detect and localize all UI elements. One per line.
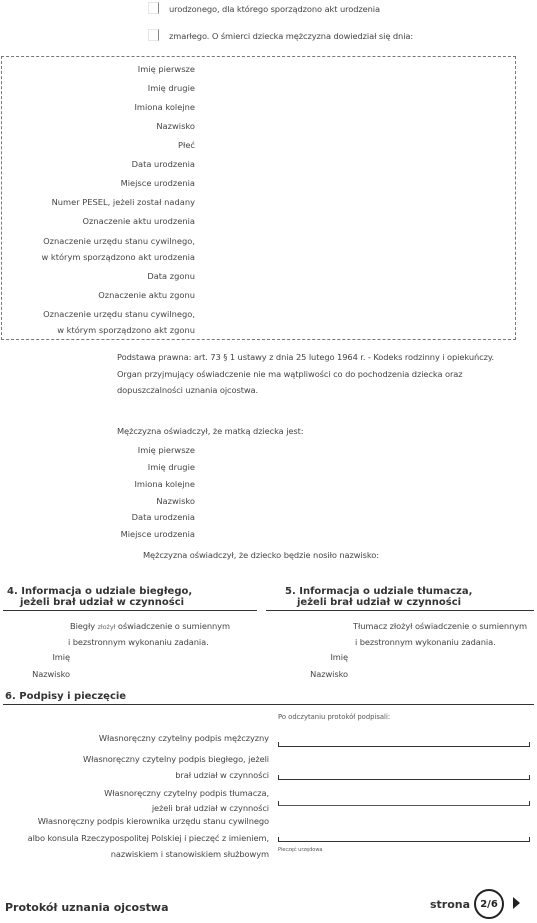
section5-title-line2: jeżeli brał udział w czynności bbox=[297, 597, 461, 608]
after-reading-note: Po odczytaniu protokół podpisali: bbox=[278, 713, 390, 721]
section4-statement-line1: Biegły złożył oświadczenie o sumiennym bbox=[70, 621, 230, 631]
mother-field-label: Miejsce urodzenia bbox=[121, 529, 195, 539]
child-field-label: Imię pierwsze bbox=[138, 64, 195, 74]
child-field-label: Miejsce urodzenia bbox=[121, 178, 195, 188]
child-field-label: Oznaczenie urzędu stanu cywilnego, bbox=[43, 309, 195, 319]
section4-last-name-label: Nazwisko bbox=[20, 669, 70, 679]
child-surname-statement: Mężczyzna oświadczył, że dziecko będzie … bbox=[143, 550, 379, 560]
sig-translator-label-2: jeżeli brał udział w czynności bbox=[152, 803, 269, 813]
child-field-label: w którym sporządzono akt urodzenia bbox=[41, 252, 195, 262]
sig-expert-label-1: Własnoręczny czytelny podpis biegłego, j… bbox=[83, 754, 269, 764]
mother-field-label: Imiona kolejne bbox=[134, 479, 195, 489]
child-field-label: Oznaczenie aktu urodzenia bbox=[82, 216, 195, 226]
child-field-label: w którym sporządzono akt zgonu bbox=[57, 325, 195, 335]
mother-intro: Mężczyzna oświadczył, że matką dziecka j… bbox=[117, 426, 303, 436]
child-field-label: Płeć bbox=[178, 140, 195, 150]
section4-statement-line2: i bezstronnym wykonaniu zadania. bbox=[68, 637, 209, 647]
sig-translator-label-1: Własnoręczny czytelny podpis tłumacza, bbox=[104, 788, 269, 798]
child-field-label: Nazwisko bbox=[156, 121, 195, 131]
mother-field-label: Imię drugie bbox=[148, 462, 195, 472]
child-field-label: Imię drugie bbox=[148, 83, 195, 93]
section4-title-line2: jeżeli brał udział w czynności bbox=[20, 597, 184, 608]
child-field-label: Numer PESEL, jeżeli został nadany bbox=[52, 197, 195, 207]
page-indicator: 2/6 bbox=[474, 889, 504, 919]
child-field-label: Oznaczenie aktu zgonu bbox=[98, 290, 195, 300]
section5-first-name-label: Imię bbox=[298, 652, 348, 662]
stamp-label: Pieczęć urzędowa bbox=[278, 847, 322, 853]
child-field-label: Data zgonu bbox=[147, 271, 195, 281]
legal-basis-line1: Podstawa prawna: art. 73 § 1 ustawy z dn… bbox=[117, 352, 494, 362]
section4-divider bbox=[3, 610, 257, 611]
sig-man-line[interactable] bbox=[278, 742, 530, 747]
legal-basis-line3: dopuszczalności uznania ojcostwa. bbox=[117, 385, 258, 395]
sig-expert-line[interactable] bbox=[278, 775, 530, 780]
section4-title-line1: 4. Informacja o udziale biegłego, bbox=[7, 586, 192, 597]
sig-head-line[interactable] bbox=[278, 837, 530, 842]
next-page-icon[interactable] bbox=[513, 897, 520, 909]
section5-last-name-label: Nazwisko bbox=[298, 669, 348, 679]
sig-head-label-2: albo konsula Rzeczypospolitej Polskiej i… bbox=[28, 833, 269, 843]
child-field-label: Data urodzenia bbox=[132, 159, 195, 169]
born-checkbox[interactable] bbox=[148, 2, 159, 14]
deceased-checkbox[interactable] bbox=[148, 29, 159, 41]
sig-man-label: Własnoręczny czytelny podpis mężczyzny bbox=[99, 733, 269, 743]
section4-first-name-label: Imię bbox=[20, 652, 70, 662]
mother-field-label: Imię pierwsze bbox=[138, 445, 195, 455]
section5-statement-line1: Tłumacz złożył oświadczenie o sumiennym bbox=[353, 621, 527, 631]
mother-field-label: Data urodzenia bbox=[132, 512, 195, 522]
section5-divider bbox=[266, 610, 534, 611]
deceased-option-label: zmarłego. O śmierci dziecka mężczyzna do… bbox=[169, 31, 413, 41]
section6-title: 6. Podpisy i pieczęcie bbox=[5, 691, 126, 702]
section5-statement-line2: i bezstronnym wykonaniu zadania. bbox=[355, 637, 496, 647]
document-title: Protokół uznania ojcostwa bbox=[5, 901, 169, 914]
sig-head-label-1: Własnoręczny podpis kierownika urzędu st… bbox=[38, 816, 269, 826]
sig-expert-label-2: brał udział w czynności bbox=[175, 770, 269, 780]
sig-head-label-3: nazwiskiem i stanowiskiem służbowym bbox=[111, 849, 269, 859]
page-word: strona bbox=[430, 898, 470, 911]
born-option-label: urodzonego, dla którego sporządzono akt … bbox=[169, 4, 380, 14]
child-field-label: Oznaczenie urzędu stanu cywilnego, bbox=[43, 236, 195, 246]
legal-basis-line2: Organ przyjmujący oświadczenie nie ma wą… bbox=[117, 369, 463, 379]
section6-divider bbox=[3, 704, 534, 705]
section5-title-line1: 5. Informacja o udziale tłumacza, bbox=[285, 586, 472, 597]
page-indicator-text: 2/6 bbox=[480, 899, 498, 910]
sig-translator-line[interactable] bbox=[278, 801, 530, 806]
child-field-label: Imiona kolejne bbox=[134, 102, 195, 112]
mother-field-label: Nazwisko bbox=[156, 496, 195, 506]
